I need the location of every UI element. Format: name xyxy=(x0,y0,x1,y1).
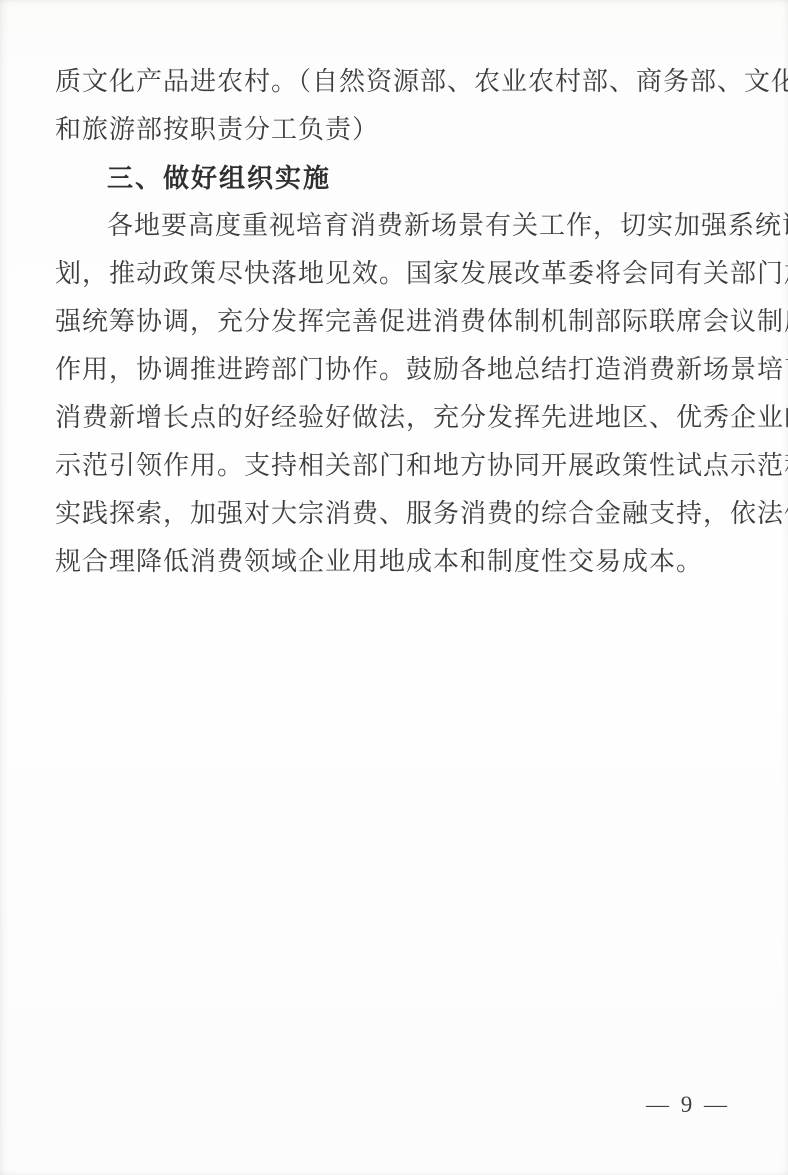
body-line: 示范引领作用。支持相关部门和地方协同开展政策性试点示范和 xyxy=(55,442,753,490)
body-paragraph: 各地要高度重视培育消费新场景有关工作，切实加强系统谋 划，推动政策尽快落地见效。… xyxy=(55,202,753,586)
body-line: 规合理降低消费领域企业用地成本和制度性交易成本。 xyxy=(55,538,753,586)
continuation-line: 和旅游部按职责分工负责） xyxy=(55,106,753,154)
body-line: 强统筹协调，充分发挥完善促进消费体制机制部际联席会议制度 xyxy=(55,298,753,346)
body-line: 作用，协调推进跨部门协作。鼓励各地总结打造消费新场景培育 xyxy=(55,346,753,394)
page-content: 质文化产品进农村。（自然资源部、农业农村部、商务部、文化 和旅游部按职责分工负责… xyxy=(55,58,753,586)
continuation-paragraph: 质文化产品进农村。（自然资源部、农业农村部、商务部、文化 和旅游部按职责分工负责… xyxy=(55,58,753,154)
body-line: 消费新增长点的好经验好做法，充分发挥先进地区、优秀企业的 xyxy=(55,394,753,442)
body-line: 划，推动政策尽快落地见效。国家发展改革委将会同有关部门加 xyxy=(55,250,753,298)
body-line: 各地要高度重视培育消费新场景有关工作，切实加强系统谋 xyxy=(55,202,753,250)
continuation-line: 质文化产品进农村。（自然资源部、农业农村部、商务部、文化 xyxy=(55,58,753,106)
page-number: — 9 — xyxy=(646,1092,730,1118)
body-line: 实践探索，加强对大宗消费、服务消费的综合金融支持，依法依 xyxy=(55,490,753,538)
section-heading: 三、做好组织实施 xyxy=(55,154,753,202)
document-page: 质文化产品进农村。（自然资源部、农业农村部、商务部、文化 和旅游部按职责分工负责… xyxy=(0,0,788,1175)
